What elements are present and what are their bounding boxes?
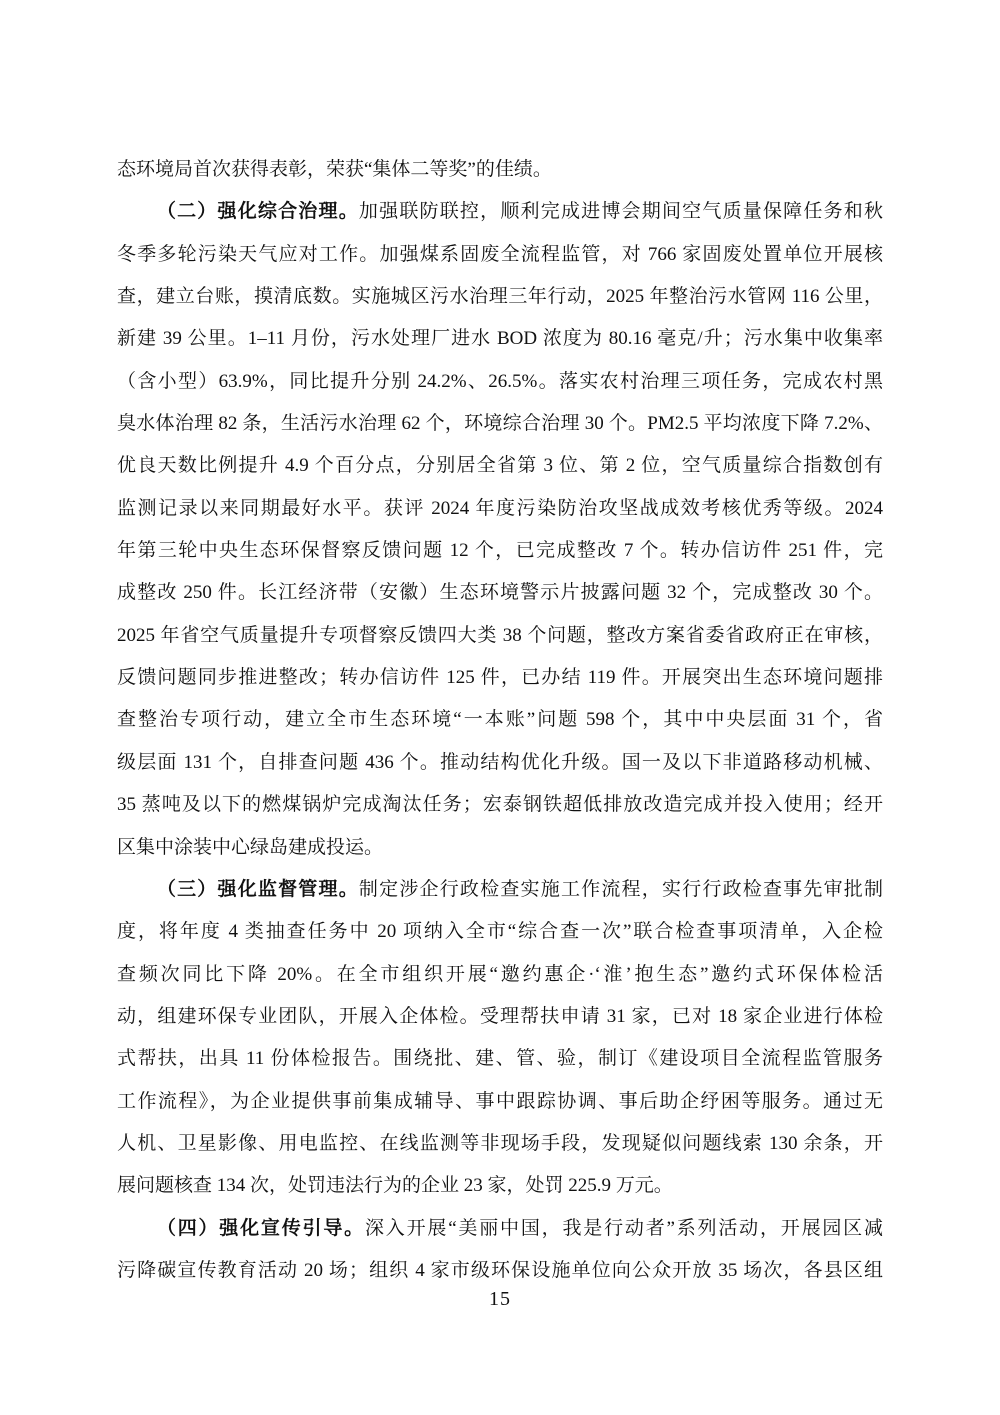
- text-line: （三）强化监督管理。制定涉企行政检查实施工作流程，实行行政检查事先审批制: [117, 869, 883, 911]
- text-segment: 查频次同比下降 20%。在全市组织开展“邀约惠企·‘淮’抱生态”邀约式环保体检活: [117, 964, 883, 985]
- text-line: （二）强化综合治理。加强联防联控，顺利完成进博会期间空气质量保障任务和秋: [117, 191, 883, 233]
- text-line: 查整治专项行动，建立全市生态环境“一本账”问题 598 个，其中中央层面 31 …: [117, 699, 883, 741]
- text-line: 优良天数比例提升 4.9 个百分点，分别居全省第 3 位、第 2 位，空气质量综…: [117, 445, 883, 487]
- text-segment: 反馈问题同步推进整改；转办信访件 125 件，已办结 119 件。开展突出生态环…: [117, 667, 883, 688]
- text-line: 度，将年度 4 类抽查任务中 20 项纳入全市“综合查一次”联合检查事项清单，入…: [117, 911, 883, 953]
- text-line: 污降碳宣传教育活动 20 场；组织 4 家市级环保设施单位向公众开放 35 场次…: [117, 1250, 883, 1292]
- text-segment: 深入开展“美丽中国，我是行动者”系列活动，开展园区减: [365, 1218, 883, 1239]
- text-segment: 度，将年度 4 类抽查任务中 20 项纳入全市“综合查一次”联合检查事项清单，入…: [117, 921, 883, 942]
- text-line: 区集中涂装中心绿岛建成投运。: [117, 827, 883, 869]
- text-segment: 臭水体治理 82 条，生活污水治理 62 个，环境综合治理 30 个。PM2.5…: [117, 413, 883, 434]
- text-line: 态环境局首次获得表彰，荣获“集体二等奖”的佳绩。: [117, 149, 883, 191]
- text-line: 反馈问题同步推进整改；转办信访件 125 件，已办结 119 件。开展突出生态环…: [117, 657, 883, 699]
- text-segment: 优良天数比例提升 4.9 个百分点，分别居全省第 3 位、第 2 位，空气质量综…: [117, 455, 883, 476]
- page-footer: 15: [0, 1288, 1000, 1311]
- text-line: 级层面 131 个，自排查问题 436 个。推动结构优化升级。国一及以下非道路移…: [117, 742, 883, 784]
- text-segment: 污降碳宣传教育活动 20 场；组织 4 家市级环保设施单位向公众开放 35 场次…: [117, 1260, 883, 1281]
- document-page: 态环境局首次获得表彰，荣获“集体二等奖”的佳绩。（二）强化综合治理。加强联防联控…: [0, 0, 1000, 1415]
- text-line: 35 蒸吨及以下的燃煤锅炉完成淘汰任务；宏泰钢铁超低排放改造完成并投入使用；经开: [117, 784, 883, 826]
- text-segment: 新建 39 公里。1–11 月份，污水处理厂进水 BOD 浓度为 80.16 毫…: [117, 328, 883, 349]
- text-segment: 35 蒸吨及以下的燃煤锅炉完成淘汰任务；宏泰钢铁超低排放改造完成并投入使用；经开: [117, 794, 883, 815]
- section-heading: （四）强化宣传引导。: [157, 1218, 365, 1239]
- section-heading: （二）强化综合治理。: [157, 201, 359, 222]
- text-segment: 区集中涂装中心绿岛建成投运。: [117, 837, 383, 858]
- text-line: （四）强化宣传引导。深入开展“美丽中国，我是行动者”系列活动，开展园区减: [117, 1208, 883, 1250]
- document-body: 态环境局首次获得表彰，荣获“集体二等奖”的佳绩。（二）强化综合治理。加强联防联控…: [117, 149, 883, 1292]
- text-line: 臭水体治理 82 条，生活污水治理 62 个，环境综合治理 30 个。PM2.5…: [117, 403, 883, 445]
- text-line: 冬季多轮污染天气应对工作。加强煤系固废全流程监管，对 766 家固废处置单位开展…: [117, 234, 883, 276]
- text-line: 新建 39 公里。1–11 月份，污水处理厂进水 BOD 浓度为 80.16 毫…: [117, 318, 883, 360]
- text-line: 2025 年省空气质量提升专项督察反馈四大类 38 个问题，整改方案省委省政府正…: [117, 615, 883, 657]
- text-segment: 动，组建环保专业团队，开展入企体检。受理帮扶申请 31 家，已对 18 家企业进…: [117, 1006, 883, 1027]
- text-segment: 年第三轮中央生态环保督察反馈问题 12 个，已完成整改 7 个。转办信访件 25…: [117, 540, 883, 561]
- text-segment: 展问题核查 134 次，处罚违法行为的企业 23 家，处罚 225.9 万元。: [117, 1175, 673, 1196]
- section-heading: （三）强化监督管理。: [157, 879, 359, 900]
- text-segment: 查，建立台账，摸清底数。实施城区污水治理三年行动，2025 年整治污水管网 11…: [117, 286, 883, 307]
- text-segment: 工作流程》，为企业提供事前集成辅导、事中跟踪协调、事后助企纾困等服务。通过无: [117, 1091, 883, 1112]
- text-segment: 冬季多轮污染天气应对工作。加强煤系固废全流程监管，对 766 家固废处置单位开展…: [117, 244, 883, 265]
- text-segment: 制定涉企行政检查实施工作流程，实行行政检查事先审批制: [359, 879, 883, 900]
- text-segment: 人机、卫星影像、用电监控、在线监测等非现场手段，发现疑似问题线索 130 余条，…: [117, 1133, 883, 1154]
- text-segment: 加强联防联控，顺利完成进博会期间空气质量保障任务和秋: [359, 201, 883, 222]
- text-segment: 查整治专项行动，建立全市生态环境“一本账”问题 598 个，其中中央层面 31 …: [117, 709, 883, 730]
- text-segment: 态环境局首次获得表彰，荣获“集体二等奖”的佳绩。: [117, 159, 552, 180]
- text-line: 年第三轮中央生态环保督察反馈问题 12 个，已完成整改 7 个。转办信访件 25…: [117, 530, 883, 572]
- text-line: 成整改 250 件。长江经济带（安徽）生态环境警示片披露问题 32 个，完成整改…: [117, 572, 883, 614]
- text-segment: 式帮扶，出具 11 份体检报告。围绕批、建、管、验，制订《建设项目全流程监管服务: [117, 1048, 883, 1069]
- text-line: 展问题核查 134 次，处罚违法行为的企业 23 家，处罚 225.9 万元。: [117, 1165, 883, 1207]
- text-line: （含小型）63.9%，同比提升分别 24.2%、26.5%。落实农村治理三项任务…: [117, 361, 883, 403]
- text-segment: 级层面 131 个，自排查问题 436 个。推动结构优化升级。国一及以下非道路移…: [117, 752, 883, 773]
- text-line: 监测记录以来同期最好水平。获评 2024 年度污染防治攻坚战成效考核优秀等级。2…: [117, 488, 883, 530]
- text-segment: 2025 年省空气质量提升专项督察反馈四大类 38 个问题，整改方案省委省政府正…: [117, 625, 883, 646]
- text-line: 动，组建环保专业团队，开展入企体检。受理帮扶申请 31 家，已对 18 家企业进…: [117, 996, 883, 1038]
- text-segment: （含小型）63.9%，同比提升分别 24.2%、26.5%。落实农村治理三项任务…: [117, 371, 883, 392]
- text-line: 查频次同比下降 20%。在全市组织开展“邀约惠企·‘淮’抱生态”邀约式环保体检活: [117, 954, 883, 996]
- page-number: 15: [489, 1288, 511, 1310]
- text-line: 式帮扶，出具 11 份体检报告。围绕批、建、管、验，制订《建设项目全流程监管服务: [117, 1038, 883, 1080]
- text-segment: 监测记录以来同期最好水平。获评 2024 年度污染防治攻坚战成效考核优秀等级。2…: [117, 498, 883, 519]
- text-line: 查，建立台账，摸清底数。实施城区污水治理三年行动，2025 年整治污水管网 11…: [117, 276, 883, 318]
- text-line: 工作流程》，为企业提供事前集成辅导、事中跟踪协调、事后助企纾困等服务。通过无: [117, 1081, 883, 1123]
- text-line: 人机、卫星影像、用电监控、在线监测等非现场手段，发现疑似问题线索 130 余条，…: [117, 1123, 883, 1165]
- text-segment: 成整改 250 件。长江经济带（安徽）生态环境警示片披露问题 32 个，完成整改…: [117, 582, 883, 603]
